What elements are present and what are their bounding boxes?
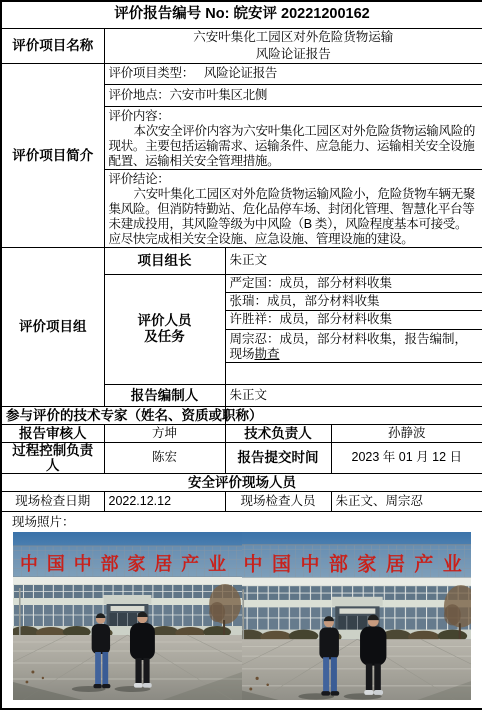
reviewer-name: 方坤 (104, 424, 225, 442)
photos-label: 现场照片： (12, 515, 480, 530)
team-members-label-line2: 及任务 (109, 329, 221, 345)
project-name-value: 六安叶集化工园区对外危险货物运输 风险论证报告 (104, 28, 482, 63)
site-photo-2 (242, 532, 471, 700)
team-section-label: 评价项目组 (1, 247, 104, 406)
content-cell: 评价内容： 本次安全评价内容为六安叶集化工园区对外危险货物运输风险的现状。主要包… (104, 106, 482, 169)
photo-row (13, 532, 480, 700)
evaluation-report-form: 评价报告编号 No: 皖安评 20221200162 评价项目名称 六安叶集化工… (0, 0, 482, 690)
team-members-label: 评价人员 及任务 (104, 274, 225, 384)
experts-value-cell (225, 406, 482, 424)
tech-lead-name: 孙静波 (331, 424, 482, 442)
conclusion-cell: 评价结论： 六安叶集化工园区对外危险货物运输风险小，危险货物车辆无聚集风险。但消… (104, 169, 482, 247)
inspect-staff-label: 现场检查人员 (225, 491, 331, 511)
project-name-line1: 六安叶集化工园区对外危险货物运输 (109, 29, 479, 46)
project-type-label: 评价项目类型： (109, 66, 194, 80)
report-number-title: 评价报告编号 No: 皖安评 20221200162 (1, 1, 482, 28)
team-leader-label: 项目组长 (104, 247, 225, 274)
process-control-name: 陈宏 (104, 442, 225, 473)
content-body: 本次安全评价内容为六安叶集化工园区对外危险货物运输风险的现状。主要包括运输需求、… (109, 124, 479, 169)
project-type-row: 评价项目类型：风险论证报告 (104, 63, 482, 84)
submit-time-value: 2023 年 01 月 12 日 (331, 442, 482, 473)
team-members-label-line1: 评价人员 (109, 313, 221, 329)
member-text: 许胜祥：成员，部分材料收集 (230, 312, 393, 326)
team-member-row: 严定国：成员，部分材料收集 (225, 274, 482, 292)
team-leader-name: 朱正文 (225, 247, 482, 274)
project-name-label: 评价项目名称 (1, 28, 104, 63)
team-member-row-empty (225, 362, 482, 384)
site-photo-1 (13, 532, 242, 700)
tech-lead-label: 技术负责人 (225, 424, 331, 442)
project-type-value: 风险论证报告 (204, 66, 277, 80)
process-control-label: 过程控制负责人 (1, 442, 104, 473)
location-row: 评价地点：六安市叶集区北侧 (104, 84, 482, 106)
location-value: 六安市叶集区北侧 (170, 88, 268, 102)
member-text: 严定国：成员，部分材料收集 (230, 276, 393, 290)
site-staff-section-label: 安全评价现场人员 (1, 473, 482, 491)
report-compiler-name: 朱正文 (225, 384, 482, 406)
photos-cell: 现场照片： (1, 511, 482, 709)
submit-time-label: 报告提交时间 (225, 442, 331, 473)
project-name-line2: 风险论证报告 (109, 46, 479, 63)
report-table: 评价报告编号 No: 皖安评 20221200162 评价项目名称 六安叶集化工… (0, 0, 482, 710)
content-label: 评价内容： (109, 109, 479, 124)
team-member-row: 许胜祥：成员，部分材料收集 (225, 310, 482, 329)
conclusion-body: 六安叶集化工园区对外危险货物运输风险小，危险货物车辆无聚集风险。但消防特勤站、危… (109, 187, 479, 247)
conclusion-label: 评价结论： (109, 172, 479, 187)
location-label: 评价地点： (109, 88, 170, 102)
reviewer-label: 报告审核人 (1, 424, 104, 442)
member-underline: 勘查 (255, 347, 280, 361)
inspect-date-value: 2022.12.12 (104, 491, 225, 511)
team-member-row: 周宗忍：成员，部分材料收集，报告编制，现场勘查 (225, 329, 482, 362)
report-compiler-label: 报告编制人 (104, 384, 225, 406)
inspect-staff-value: 朱正文、周宗忍 (331, 491, 482, 511)
inspect-date-label: 现场检查日期 (1, 491, 104, 511)
team-member-row: 张瑞：成员，部分材料收集 (225, 292, 482, 310)
experts-label: 参与评价的技术专家（姓名、资质或职称） (1, 406, 225, 424)
brief-section-label: 评价项目简介 (1, 63, 104, 247)
member-text: 张瑞：成员，部分材料收集 (230, 294, 380, 308)
